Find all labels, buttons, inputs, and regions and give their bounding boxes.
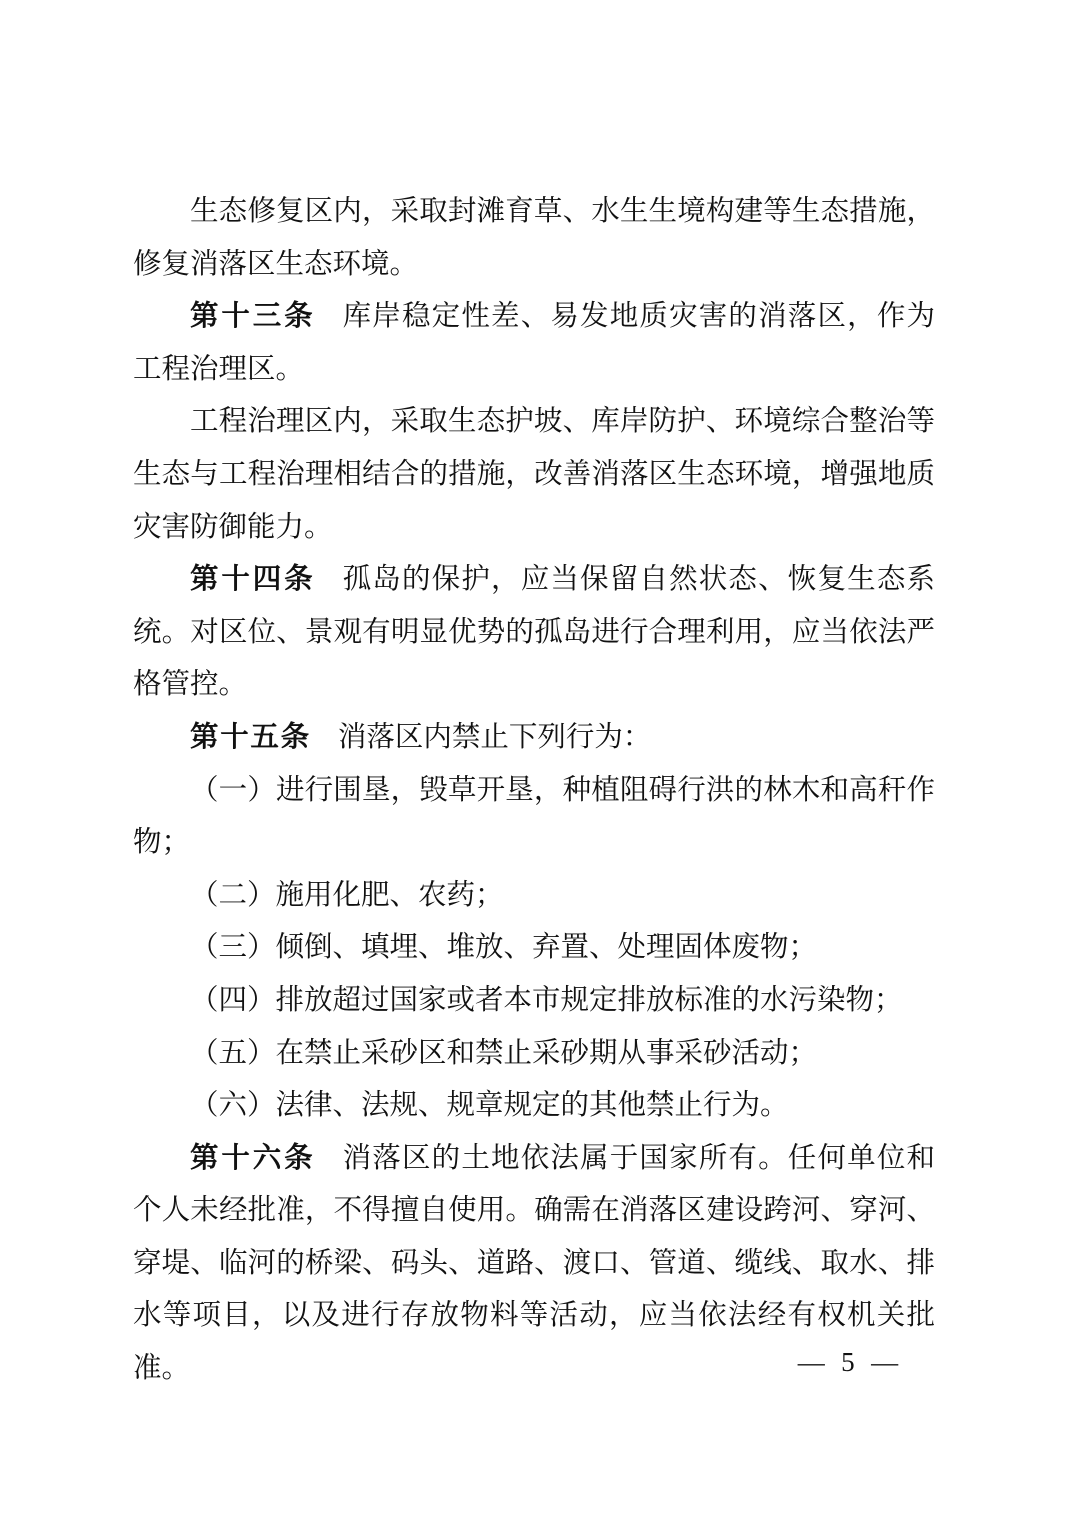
paragraph-text: （四）排放超过国家或者本市规定排放标准的水污染物； [190,985,903,1016]
paragraph-text: （三）倾倒、填埋、堆放、弃置、处理固体废物； [190,932,817,963]
list-item: （六）法律、法规、规章规定的其他禁止行为。 [133,1080,935,1133]
list-item: （五）在禁止采砂区和禁止采砂期从事采砂活动； [133,1028,935,1081]
paragraph-text: （五）在禁止采砂区和禁止采砂期从事采砂活动； [190,1038,817,1069]
list-item: （四）排放超过国家或者本市规定排放标准的水污染物； [133,975,935,1028]
paragraph: 第十四条孤岛的保护，应当保留自然状态、恢复生态系统。对区位、景观有明显优势的孤岛… [133,554,935,712]
paragraph: 第十五条消落区内禁止下列行为： [133,712,935,765]
page-number: — 5 — [798,1342,903,1382]
list-item: （二）施用化肥、农药； [133,870,935,923]
paragraph: 生态修复区内，采取封滩育草、水生生境构建等生态措施，修复消落区生态环境。 [133,186,935,291]
document-body: 生态修复区内，采取封滩育草、水生生境构建等生态措施，修复消落区生态环境。 第十三… [133,186,935,1396]
paragraph-text: 生态修复区内，采取封滩育草、水生生境构建等生态措施，修复消落区生态环境。 [133,196,935,280]
paragraph-text: 工程治理区内，采取生态护坡、库岸防护、环境综合整治等生态与工程治理相结合的措施，… [133,406,935,542]
paragraph-text: 消落区内禁止下列行为： [338,722,652,753]
list-item: （一）进行围垦，毁草开垦，种植阻碍行洪的林木和高秆作物； [133,765,935,870]
article-label: 第十六条 [190,1143,316,1174]
document-page: 生态修复区内，采取封滩育草、水生生境构建等生态措施，修复消落区生态环境。 第十三… [0,0,1075,1521]
article-label: 第十三条 [190,301,316,332]
paragraph-text: （一）进行围垦，毁草开垦，种植阻碍行洪的林木和高秆作物； [133,775,935,859]
list-item: （三）倾倒、填埋、堆放、弃置、处理固体废物； [133,922,935,975]
paragraph-text: （二）施用化肥、农药； [190,880,504,911]
paragraph-text: （六）法律、法规、规章规定的其他禁止行为。 [190,1090,789,1121]
article-label: 第十四条 [190,564,316,595]
article-label: 第十五条 [190,722,311,753]
paragraph: 工程治理区内，采取生态护坡、库岸防护、环境综合整治等生态与工程治理相结合的措施，… [133,396,935,554]
paragraph: 第十三条库岸稳定性差、易发地质灾害的消落区，作为工程治理区。 [133,291,935,396]
